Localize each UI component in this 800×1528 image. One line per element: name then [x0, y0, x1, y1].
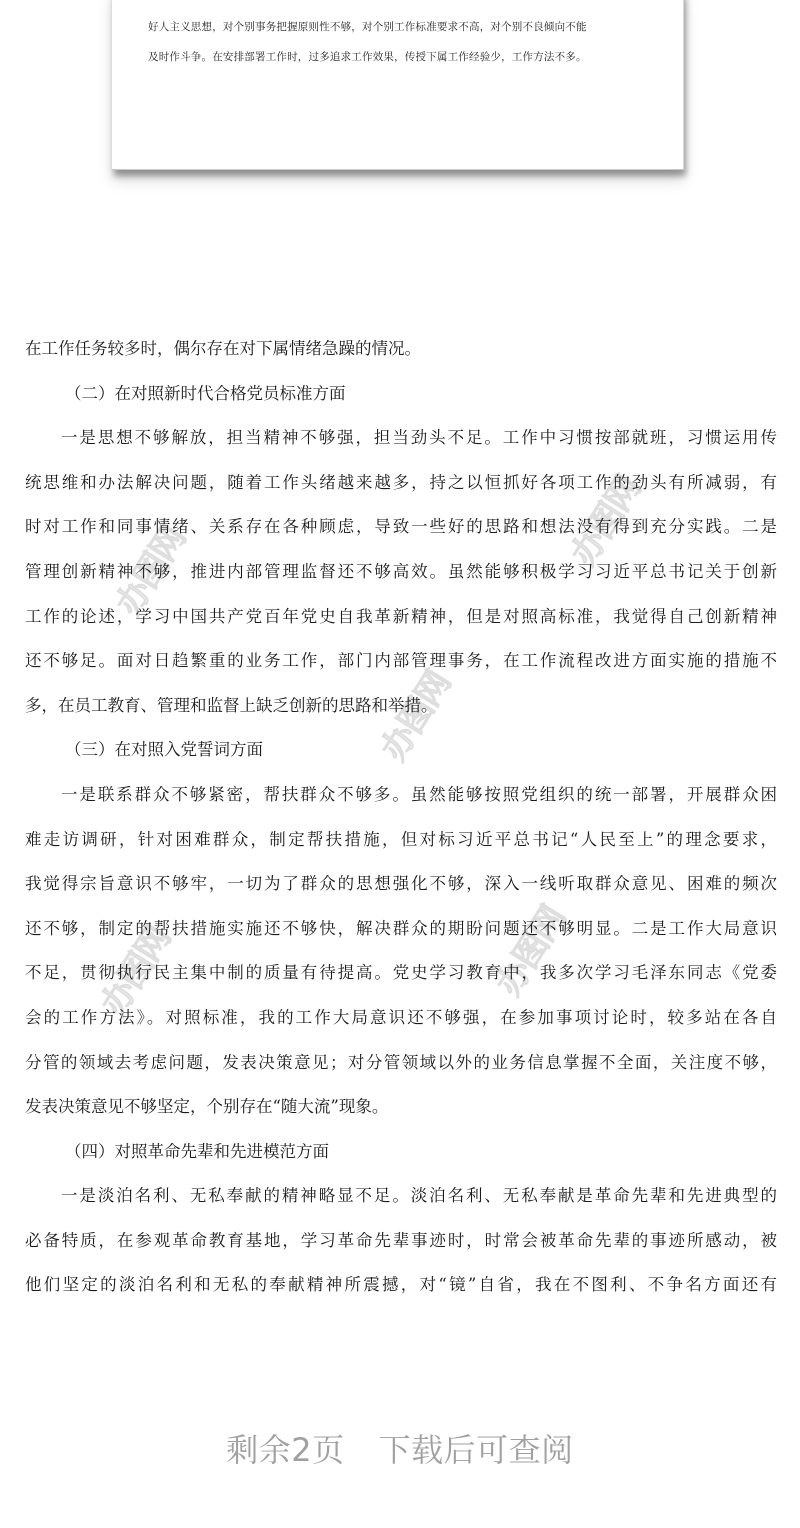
paragraph-line: 在工作任务较多时，偶尔存在对下属情绪急躁的情况。: [25, 327, 777, 372]
section-heading: （三）在对照入党誓词方面: [25, 728, 777, 773]
paragraph-line: 工作的论述，学习中国共产党百年党史自我革新精神，但是对照高标准，我觉得自己创新精…: [25, 595, 777, 640]
paragraph-line: 难走访调研，针对困难群众，制定帮扶措施，但对标习近平总书记“人民至上”的理念要求…: [25, 818, 777, 863]
paragraph-line: 还不够，制定的帮扶措施实施还不够快，解决群众的期盼问题还不够明显。二是工作大局意…: [25, 907, 777, 952]
paragraph-line: 时对工作和同事情绪、关系存在各种顾虑，导致一些好的思路和想法没有得到充分实践。二…: [25, 505, 777, 550]
download-hint-label: 下载后可查阅: [379, 1431, 574, 1469]
paragraph-line: 分管的领域去考虑问题，发表决策意见；对分管领域以外的业务信息掌握不全面，关注度不…: [25, 1041, 777, 1086]
paragraph-line: 管理创新精神不够，推进内部管理监督还不够高效。虽然能够积极学习习近平总书记关于创…: [25, 550, 777, 595]
remaining-pages-label: 剩余2页: [226, 1431, 344, 1469]
preview-text: 好人主义思想，对个别事务把握原则性不够，对个别工作标准要求不高，对个别不良倾向不…: [148, 12, 653, 72]
paragraph-line: 我觉得宗旨意识不够牢，一切为了群众的思想强化不够，深入一线听取群众意见、困难的频…: [25, 862, 777, 907]
section-heading: （二）在对照新时代合格党员标准方面: [25, 372, 777, 417]
paragraph-line: 还不够足。面对日趋繁重的业务工作，部门内部管理事务，在工作流程改进方面实施的措施…: [25, 639, 777, 684]
preview-line: 好人主义思想，对个别事务把握原则性不够，对个别工作标准要求不高，对个别不良倾向不…: [148, 12, 653, 42]
paragraph-line: 一是淡泊名利、无私奉献的精神略显不足。淡泊名利、无私奉献是革命先辈和先进典型的: [25, 1174, 777, 1219]
download-to-view-prompt[interactable]: 剩余2页下载后可查阅: [0, 1425, 800, 1471]
paragraph-line: 不足，贯彻执行民主集中制的质量有待提高。党史学习教育中，我多次学习毛泽东同志《党…: [25, 951, 777, 996]
paragraph-line: 他们坚定的淡泊名利和无私的奉献精神所震撼，对“镜”自省，我在不图利、不争名方面还…: [25, 1263, 777, 1308]
preview-line: 及时作斗争。在安排部署工作时，过多追求工作效果，传授下属工作经验少，工作方法不多…: [148, 42, 653, 72]
section-heading: （四）对照革命先辈和先进模范方面: [25, 1130, 777, 1175]
paragraph-line: 一是思想不够解放，担当精神不够强，担当劲头不足。工作中习惯按部就班，习惯运用传: [25, 416, 777, 461]
previous-page-preview: 好人主义思想，对个别事务把握原则性不够，对个别工作标准要求不高，对个别不良倾向不…: [112, 0, 684, 170]
paragraph-line: 必备特质，在参观革命教育基地，学习革命先辈事迹时，时常会被革命先辈的事迹所感动，…: [25, 1219, 777, 1264]
document-body: 在工作任务较多时，偶尔存在对下属情绪急躁的情况。 （二）在对照新时代合格党员标准…: [25, 327, 777, 1308]
paragraph-line: 一是联系群众不够紧密，帮扶群众不够多。虽然能够按照党组织的统一部署，开展群众困: [25, 773, 777, 818]
paragraph-line: 会的工作方法》。对照标准，我的工作大局意识还不够强，在参加事项讨论时，较多站在各…: [25, 996, 777, 1041]
paragraph-line: 统思维和办法解决问题，随着工作头绪越来越多，持之以恒抓好各项工作的劲头有所减弱，…: [25, 461, 777, 506]
paragraph-line: 多，在员工教育、管理和监督上缺乏创新的思路和举措。: [25, 684, 777, 729]
paragraph-line: 发表决策意见不够坚定，个别存在“随大流”现象。: [25, 1085, 777, 1130]
